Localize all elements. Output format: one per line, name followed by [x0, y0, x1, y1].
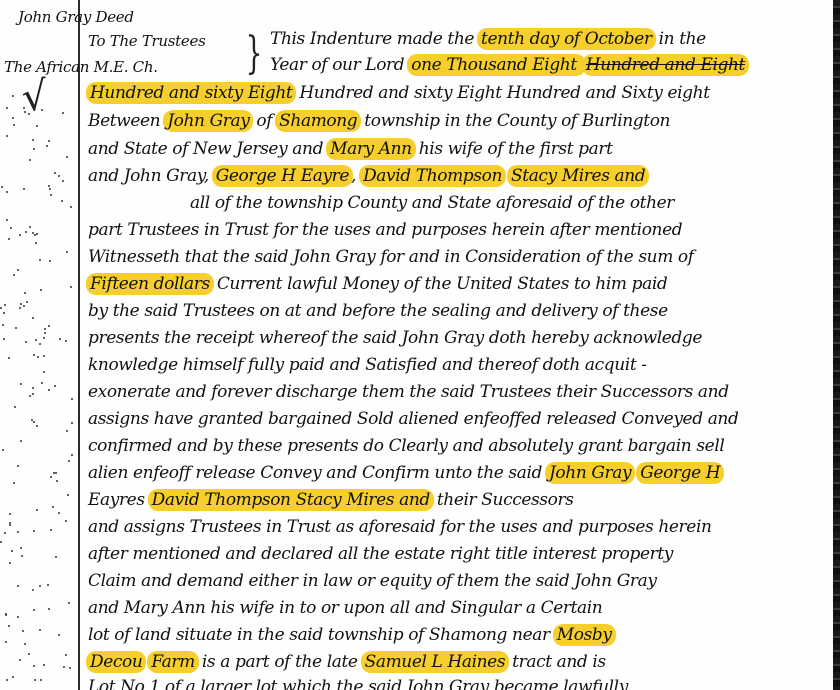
scan-speck — [25, 231, 27, 233]
scan-speck — [17, 585, 19, 587]
deed-line: Eayres David Thompson Stacy Mires and th… — [88, 489, 574, 511]
scan-speck — [33, 609, 35, 611]
scan-speck — [65, 520, 67, 522]
text-segment: and Mary Ann his wife in to or upon all … — [88, 598, 602, 618]
highlighted-text: John Gray — [545, 462, 635, 484]
deed-line: assigns have granted bargained Sold alie… — [88, 408, 738, 430]
scan-speck — [68, 460, 70, 462]
scan-speck — [61, 200, 63, 202]
deed-line: lot of land situate in the said township… — [88, 624, 614, 646]
scan-speck — [23, 188, 25, 190]
deed-line: exonerate and forever discharge them the… — [88, 381, 729, 403]
scan-speck — [17, 531, 19, 533]
scan-speck — [69, 667, 71, 669]
scan-speck — [39, 585, 41, 587]
scan-speck — [50, 476, 52, 478]
text-segment: tract and is — [507, 652, 606, 672]
scan-speck — [17, 269, 19, 271]
scan-speck — [6, 107, 8, 109]
scan-speck — [43, 371, 45, 373]
scan-speck — [70, 206, 72, 208]
scan-speck — [49, 260, 51, 262]
scan-speck — [25, 341, 27, 343]
scan-speck — [13, 274, 15, 276]
scan-speck — [55, 472, 57, 474]
check-mark: √ — [20, 73, 50, 121]
scan-speck — [9, 513, 11, 515]
scan-speck — [2, 324, 4, 326]
scan-speck — [3, 338, 5, 340]
scan-speck — [36, 233, 38, 235]
scan-speck — [12, 676, 14, 678]
scan-speck — [53, 472, 55, 474]
scan-speck — [5, 614, 7, 616]
highlighted-text: tenth day of October — [477, 28, 656, 50]
scan-speck — [65, 340, 67, 342]
highlighted-text: Mary Ann — [326, 138, 416, 160]
text-segment: lot of land situate in the said township… — [88, 625, 555, 645]
scan-edge-border — [833, 0, 840, 690]
scan-speck — [54, 385, 56, 387]
scan-speck — [2, 449, 4, 451]
scan-speck — [39, 259, 41, 261]
text-segment: confirmed and by these presents do Clear… — [88, 436, 724, 456]
text-segment: and John Gray, — [88, 166, 214, 186]
text-segment: is a part of the late — [197, 652, 363, 672]
scan-speck — [6, 135, 8, 137]
scan-speck — [0, 307, 2, 309]
deed-line: Decou Farm is a part of the late Samuel … — [88, 651, 606, 673]
highlighted-text: Farm — [147, 651, 198, 673]
scan-speck — [62, 180, 64, 182]
scan-speck — [24, 643, 26, 645]
text-segment: of — [251, 111, 277, 131]
scan-speck — [8, 238, 10, 240]
highlighted-text: Samuel L Haines — [361, 651, 510, 673]
text-segment: his wife of the first part — [414, 139, 613, 159]
scan-speck — [20, 547, 22, 549]
scan-speck — [56, 480, 58, 482]
scan-speck — [0, 541, 2, 543]
scan-speck — [23, 305, 25, 307]
scan-speck — [36, 425, 38, 427]
scan-speck — [14, 406, 16, 408]
scan-speck — [36, 125, 38, 127]
scan-speck — [34, 234, 36, 236]
text-segment: alien enfeoff release Convey and Confirm… — [88, 463, 547, 483]
deed-line: and John Gray, George H Eayre, David Tho… — [88, 165, 647, 187]
scan-speck — [29, 159, 31, 161]
scan-speck — [13, 124, 15, 126]
deed-line: Fifteen dollars Current lawful Money of … — [88, 273, 667, 295]
scan-speck — [43, 664, 45, 666]
deed-line: and State of New Jersey and Mary Ann his… — [88, 138, 613, 160]
scan-speck — [29, 395, 31, 397]
margin-note: The African M.E. Ch. — [4, 58, 158, 76]
scan-speck — [35, 339, 37, 341]
margin-note: To The Trustees — [88, 32, 205, 50]
scan-speck — [50, 194, 52, 196]
brace-mark: } — [246, 28, 263, 79]
text-segment: assigns have granted bargained Sold alie… — [88, 409, 738, 429]
scan-speck — [24, 292, 26, 294]
scan-speck — [46, 145, 48, 147]
scan-speck — [12, 117, 14, 119]
highlighted-text: David Thompson Stacy Mires and — [148, 489, 434, 511]
scan-speck — [32, 139, 34, 141]
scan-speck — [71, 422, 73, 424]
text-segment: their Successors — [432, 490, 574, 510]
scan-speck — [12, 95, 14, 97]
scan-speck — [28, 653, 30, 655]
scan-speck — [11, 550, 13, 552]
text-segment: This Indenture made the — [270, 29, 479, 49]
scan-speck — [48, 185, 50, 187]
margin-note: John Gray Deed — [18, 8, 134, 26]
text-segment: by the said Trustees on at and before th… — [88, 301, 668, 321]
scan-speck — [58, 512, 60, 514]
scan-speck — [39, 629, 41, 631]
highlighted-text: John Gray — [163, 110, 253, 132]
text-segment: Between — [88, 111, 165, 131]
scan-speck — [40, 289, 42, 291]
scan-speck — [40, 679, 42, 681]
deed-line: all of the township County and State afo… — [190, 192, 674, 214]
scan-speck — [52, 506, 54, 508]
scan-speck — [67, 494, 69, 496]
scan-speck — [8, 625, 10, 627]
scan-speck — [26, 301, 28, 303]
scan-speck — [50, 529, 52, 531]
scan-speck — [4, 304, 6, 306]
scan-speck — [66, 156, 68, 158]
text-segment: Witnesseth that the said John Gray for a… — [88, 247, 694, 267]
text-segment: exonerate and forever discharge them the… — [88, 382, 729, 402]
scan-speck — [33, 665, 35, 667]
highlighted-text: Fifteen dollars — [86, 273, 214, 295]
deed-line: after mentioned and declared all the est… — [88, 543, 673, 565]
text-segment: township in the County of Burlington — [359, 111, 670, 131]
text-segment: after mentioned and declared all the est… — [88, 544, 673, 564]
scan-speck — [54, 172, 56, 174]
deed-line: confirmed and by these presents do Clear… — [88, 435, 724, 457]
scan-speck — [62, 112, 64, 114]
scan-speck — [22, 630, 24, 632]
scan-speck — [29, 226, 31, 228]
highlighted-text: one Thousand Eight — [407, 54, 586, 76]
scan-speck — [71, 454, 73, 456]
scan-speck — [32, 317, 34, 319]
scan-speck — [43, 355, 45, 357]
scanned-deed-page: John Gray DeedTo The TrusteesThe African… — [0, 0, 840, 690]
scan-speck — [19, 659, 21, 661]
highlighted-text: George H — [636, 462, 724, 484]
scan-speck — [5, 641, 7, 643]
text-segment: presents the receipt whereof the said Jo… — [88, 328, 702, 348]
scan-speck — [37, 356, 39, 358]
scan-speck — [48, 140, 50, 142]
scan-speck — [21, 555, 23, 557]
margin-rule — [78, 0, 80, 690]
deed-line: Lot No 1 of a larger lot which the said … — [88, 676, 628, 690]
scan-speck — [47, 584, 49, 586]
highlighted-text: Shamong — [275, 110, 361, 132]
scan-speck — [58, 634, 60, 636]
deed-line: and Mary Ann his wife in to or upon all … — [88, 597, 602, 619]
scan-speck — [58, 175, 60, 177]
scan-speck — [48, 608, 50, 610]
highlighted-text: Mosby — [553, 624, 616, 646]
scan-speck — [33, 354, 35, 356]
scan-speck — [33, 530, 35, 532]
scan-speck — [71, 398, 73, 400]
text-segment: all of the township County and State afo… — [190, 193, 674, 213]
scan-speck — [36, 509, 38, 511]
text-segment: and assigns Trustees in Trust as aforesa… — [88, 517, 712, 537]
deed-line: by the said Trustees on at and before th… — [88, 300, 668, 322]
scan-speck — [19, 234, 21, 236]
scan-speck — [39, 343, 41, 345]
scan-speck — [20, 383, 22, 385]
highlighted-text: Stacy Mires and — [507, 165, 649, 187]
scan-speck — [20, 440, 22, 442]
scan-speck — [48, 325, 50, 327]
scan-speck — [41, 382, 43, 384]
scan-speck — [63, 666, 65, 668]
highlighted-text: Hundred and Eight — [582, 54, 749, 76]
deed-line: alien enfeoff release Convey and Confirm… — [88, 462, 722, 484]
scan-speck — [17, 465, 19, 467]
scan-speck — [20, 303, 22, 305]
scan-speck — [68, 602, 70, 604]
text-segment: Eayres — [88, 490, 150, 510]
scan-speck — [3, 312, 5, 314]
scan-speck — [9, 524, 11, 526]
text-segment: Year of our Lord — [270, 55, 409, 75]
scan-speck — [4, 532, 6, 534]
scan-speck — [19, 307, 21, 309]
scan-speck — [70, 286, 72, 288]
scan-speck — [59, 338, 61, 340]
text-segment: knowledge himself fully paid and Satisfi… — [88, 355, 647, 375]
deed-line: Hundred and sixty Eight Hundred and sixt… — [88, 82, 710, 104]
scan-speck — [17, 616, 19, 618]
text-segment: Claim and demand either in law or equity… — [88, 571, 657, 591]
text-segment: in the — [654, 29, 706, 49]
deed-line: Year of our Lord one Thousand Eight Hund… — [270, 54, 747, 76]
scan-speck — [43, 337, 45, 339]
deed-line: Witnesseth that the said John Gray for a… — [88, 246, 694, 268]
scan-speck — [49, 188, 51, 190]
scan-speck — [15, 327, 17, 329]
scan-speck — [65, 654, 67, 656]
deed-line: This Indenture made the tenth day of Oct… — [270, 28, 706, 50]
scan-speck — [44, 328, 46, 330]
scan-speck — [1, 186, 3, 188]
highlighted-text: Hundred and sixty Eight — [86, 82, 296, 104]
scan-speck — [33, 148, 35, 150]
scan-speck — [66, 430, 68, 432]
text-segment: Current lawful Money of the United State… — [212, 274, 668, 294]
scan-speck — [48, 389, 50, 391]
text-segment: and State of New Jersey and — [88, 139, 328, 159]
deed-line: knowledge himself fully paid and Satisfi… — [88, 354, 647, 376]
scan-speck — [6, 219, 8, 221]
scan-speck — [8, 357, 10, 359]
scan-speck — [44, 332, 46, 334]
scan-speck — [32, 387, 34, 389]
scan-speck — [33, 421, 35, 423]
text-segment: Lot No 1 of a larger lot which the said … — [88, 677, 628, 690]
scan-speck — [6, 191, 8, 193]
scan-speck — [32, 393, 34, 395]
scan-speck — [66, 251, 68, 253]
scan-speck — [9, 522, 11, 524]
highlighted-text: Decou — [86, 651, 146, 673]
scan-speck — [32, 589, 34, 591]
scan-speck — [13, 482, 15, 484]
scan-speck — [6, 679, 8, 681]
deed-line: Claim and demand either in law or equity… — [88, 570, 657, 592]
scan-speck — [35, 242, 37, 244]
scan-speck — [10, 227, 12, 229]
scan-speck — [34, 679, 36, 681]
text-segment: Hundred and sixty Eight Hundred and Sixt… — [294, 83, 709, 103]
highlighted-text: David Thompson — [359, 165, 506, 187]
text-segment: part Trustees in Trust for the uses and … — [88, 220, 682, 240]
deed-line: and assigns Trustees in Trust as aforesa… — [88, 516, 712, 538]
scan-speck — [55, 556, 57, 558]
deed-line: presents the receipt whereof the said Jo… — [88, 327, 702, 349]
deed-line: part Trustees in Trust for the uses and … — [88, 219, 682, 241]
scan-speck — [9, 562, 11, 564]
highlighted-text: George H Eayre — [212, 165, 353, 187]
deed-line: Between John Gray of Shamong township in… — [88, 110, 670, 132]
